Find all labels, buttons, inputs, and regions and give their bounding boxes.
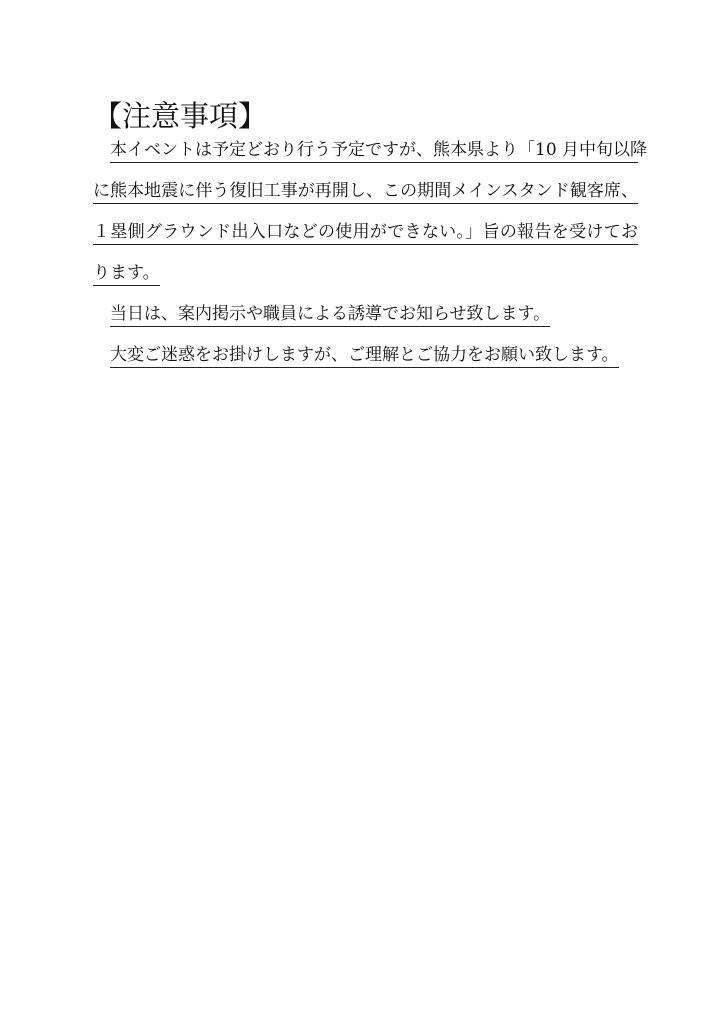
paragraph-1-line-3: １塁側グラウンド出入口などの使用ができない。」旨の報告を受けてお xyxy=(93,221,638,243)
notice-heading: 【注意事項】 xyxy=(93,96,267,136)
paragraph-1-line-4: ります。 xyxy=(93,262,638,284)
underlined-text: 大変ご迷惑をお掛けしますが、ご理解とご協力をお願い致します。 xyxy=(110,344,619,368)
paragraph-3-line-1: 大変ご迷惑をお掛けしますが、ご理解とご協力をお願い致します。 xyxy=(93,344,655,366)
paragraph-2-line-1: 当日は、案内掲示や職員による誘導でお知らせ致します。 xyxy=(93,303,655,325)
underlined-text: 本イベントは予定どおり行う予定ですが、熊本県より「10 月中旬以降 xyxy=(110,139,638,163)
paragraph-1-line-1: 本イベントは予定どおり行う予定ですが、熊本県より「10 月中旬以降 xyxy=(93,139,655,161)
underlined-text: 当日は、案内掲示や職員による誘導でお知らせ致します。 xyxy=(110,303,550,327)
underlined-text: １塁側グラウンド出入口などの使用ができない。」旨の報告を受けてお xyxy=(93,221,638,245)
underlined-text: に熊本地震に伴う復旧工事が再開し、この期間メインスタンド観客席、 xyxy=(93,180,638,204)
underlined-text: ります。 xyxy=(93,262,160,286)
paragraph-1-line-2: に熊本地震に伴う復旧工事が再開し、この期間メインスタンド観客席、 xyxy=(93,180,638,202)
document-page: 【注意事項】 本イベントは予定どおり行う予定ですが、熊本県より「10 月中旬以降… xyxy=(0,0,724,1024)
